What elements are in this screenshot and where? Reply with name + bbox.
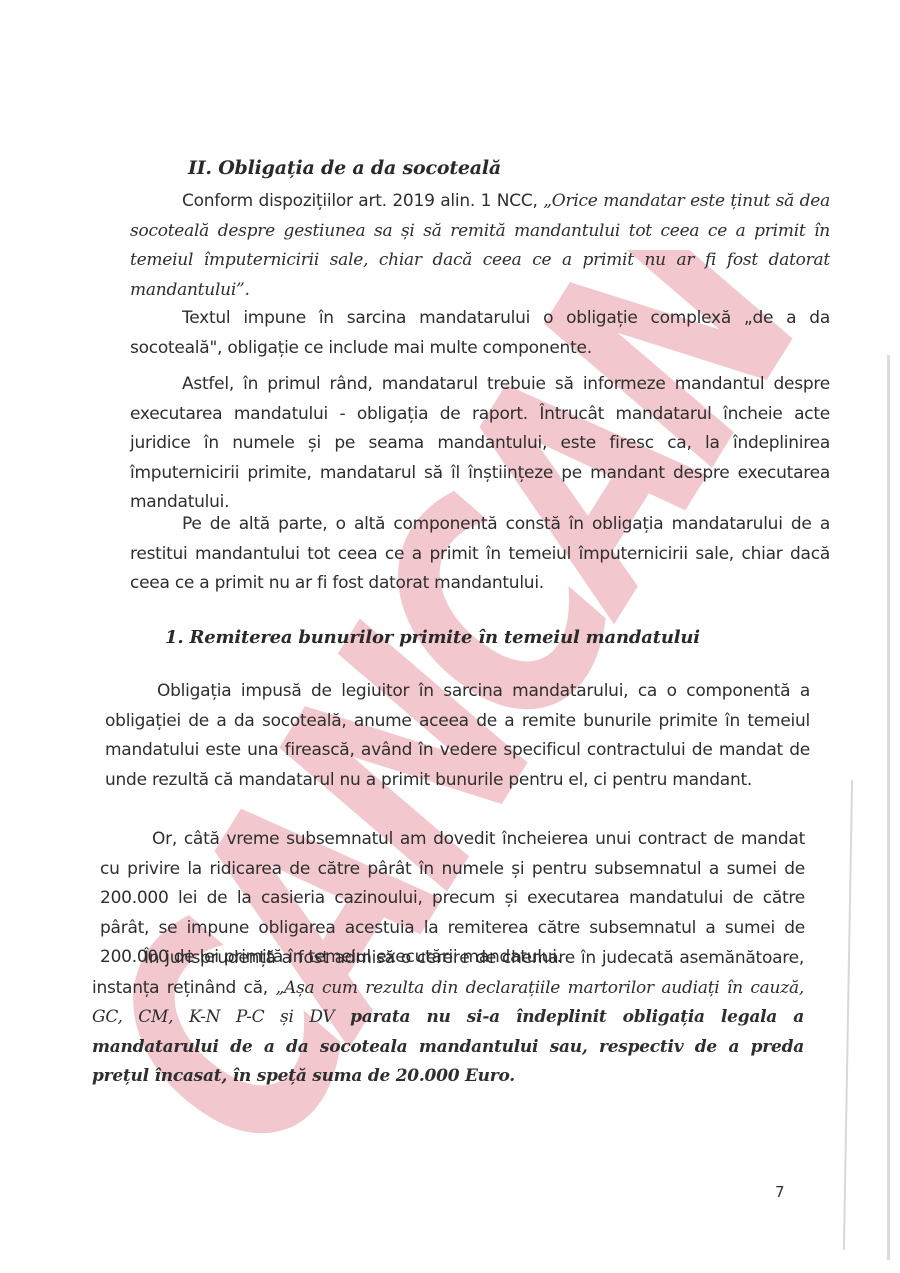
scan-edge-line bbox=[843, 780, 853, 1250]
document-page: II. Obligația de a da socoteală Conform … bbox=[0, 0, 900, 1273]
page-number: 7 bbox=[775, 1183, 785, 1201]
paragraph-jurisprudence: În jurisprudență a fost admisă o cerere … bbox=[92, 944, 804, 1092]
section-heading: II. Obligația de a da socoteală bbox=[188, 157, 501, 179]
paragraph-restitution: Pe de altă parte, o altă componentă cons… bbox=[130, 510, 830, 599]
subsection-heading: 1. Remiterea bunurilor primite în temeiu… bbox=[165, 627, 700, 648]
paragraph-obligation-complex: Textul impune în sarcina mandatarului o … bbox=[130, 304, 830, 363]
paragraph-remittance: Obligația impusă de legiuitor în sarcina… bbox=[105, 677, 810, 795]
paragraph-art-2019: Conform dispozițiilor art. 2019 alin. 1 … bbox=[130, 187, 830, 305]
scan-edge-line bbox=[887, 355, 890, 1260]
paragraph-report-obligation: Astfel, în primul rând, mandatarul trebu… bbox=[130, 370, 830, 518]
paragraph-lead: Conform dispozițiilor art. 2019 alin. 1 … bbox=[182, 191, 543, 211]
